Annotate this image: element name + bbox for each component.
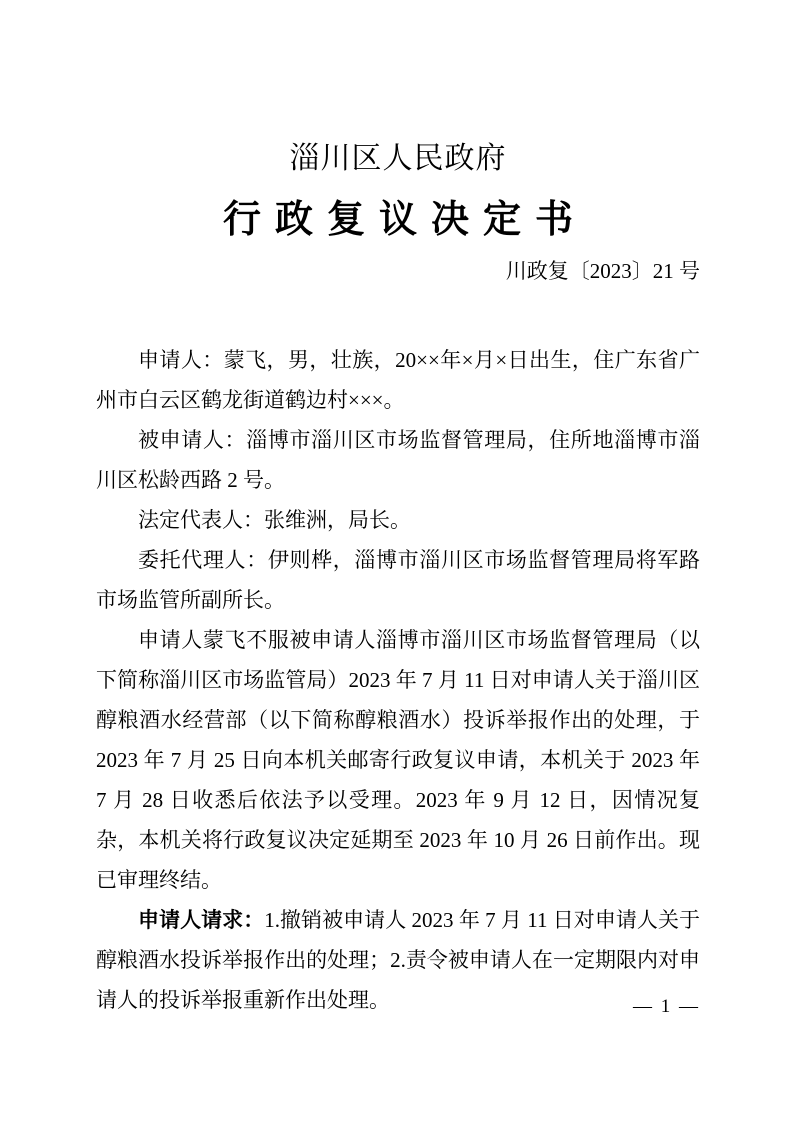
paragraph-entrusted-agent: 委托代理人：伊则桦，淄博市淄川区市场监督管理局将军路市场监管所副所长。 xyxy=(96,540,700,620)
paragraph-label-applicant-requests: 申请人请求： xyxy=(138,908,264,932)
paragraph-label-legal-representative: 法定代表人： xyxy=(138,508,264,532)
paragraph-label-respondent: 被申请人： xyxy=(138,428,246,452)
issuing-authority-title: 淄川区人民政府 xyxy=(96,138,700,180)
paragraph-respondent: 被申请人：淄博市淄川区市场监督管理局，住所地淄博市淄川区松龄西路 2 号。 xyxy=(96,420,700,500)
paragraph-applicant: 申请人：蒙飞，男，壮族，20××年×月×日出生，住广东省广州市白云区鹤龙街道鹤边… xyxy=(96,340,700,420)
paragraph-label-entrusted-agent: 委托代理人： xyxy=(138,548,268,572)
paragraph-text-legal-representative: 张维洲，局长。 xyxy=(264,508,411,532)
document-body: 申请人：蒙飞，男，壮族，20××年×月×日出生，住广东省广州市白云区鹤龙街道鹤边… xyxy=(96,340,700,1020)
paragraph-applicant-requests: 申请人请求：1.撤销被申请人 2023 年 7 月 11 日对申请人关于醇粮酒水… xyxy=(96,900,700,1020)
document-title: 行政复议决定书 xyxy=(96,196,700,244)
paragraph-text-case-summary: 申请人蒙飞不服被申请人淄博市淄川区市场监督管理局（以下简称淄川区市场监管局）20… xyxy=(96,628,700,892)
page-number: — 1 — xyxy=(633,995,700,1019)
document-reference-number: 川政复〔2023〕21 号 xyxy=(96,254,700,288)
paragraph-legal-representative: 法定代表人：张维洲，局长。 xyxy=(96,500,700,540)
a4-document-page: 淄川区人民政府 行政复议决定书 川政复〔2023〕21 号 申请人：蒙飞，男，壮… xyxy=(0,0,794,1123)
paragraph-label-applicant: 申请人： xyxy=(138,348,224,372)
paragraph-case-summary: 申请人蒙飞不服被申请人淄博市淄川区市场监督管理局（以下简称淄川区市场监管局）20… xyxy=(96,620,700,900)
